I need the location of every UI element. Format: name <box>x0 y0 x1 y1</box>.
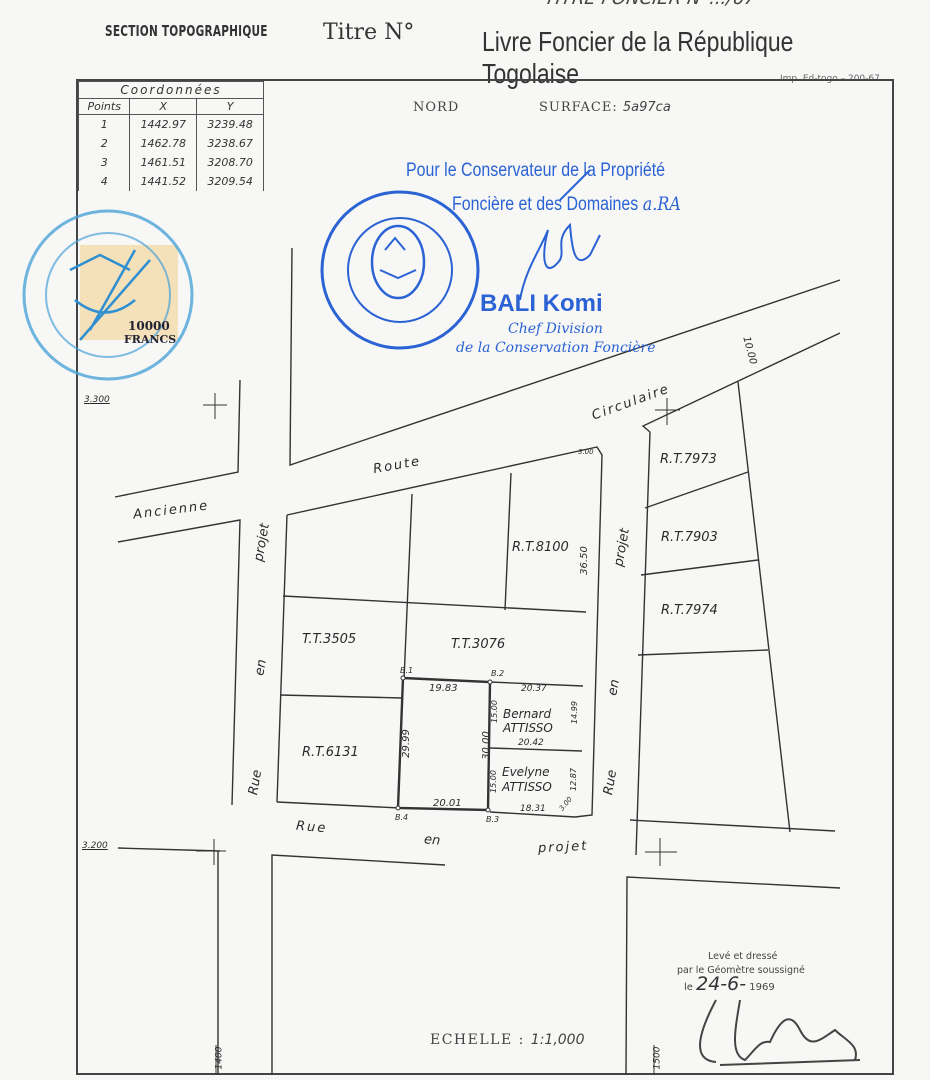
stamp-line-2-text: Foncière et des Domaines <box>452 194 638 215</box>
block-nw-edge <box>115 380 240 497</box>
officer-role-1: Chef Division <box>508 321 603 337</box>
officer-role-2: de la Conservation Foncière <box>456 340 656 356</box>
surface: SURFACE: 5a97ca <box>539 100 671 115</box>
coord-x: 1441.52 <box>130 172 197 191</box>
dim-right: 30.00 <box>481 731 492 760</box>
date-day: 24-6- <box>696 973 746 995</box>
tax-stamp <box>24 211 192 379</box>
leve-label: Levé et dressé <box>708 951 777 962</box>
coord-y: 3238.67 <box>197 134 264 153</box>
grid-x-left: 1400 <box>214 1047 224 1070</box>
point-b1: B.1 <box>400 666 413 675</box>
dim-b-bottom: 20.42 <box>518 738 544 748</box>
dim-b-top: 20.37 <box>521 684 547 694</box>
coord-x: 1461.51 <box>130 153 197 172</box>
north-label: NORD <box>413 100 459 115</box>
date-prefix: le <box>684 982 693 993</box>
dim-b-right: 14.99 <box>570 701 579 724</box>
tax-stamp-amount: 10000 <box>128 319 170 333</box>
parcel-tt3505: T.T.3505 <box>302 632 356 647</box>
table-row: 1 1442.97 3239.48 <box>79 115 264 135</box>
dim-e-bottom: 18.31 <box>520 804 546 814</box>
street-right-en: en <box>605 678 623 697</box>
tax-stamp-currency: FRANCS <box>124 333 176 346</box>
parcel-rt6131: R.T.6131 <box>302 745 359 760</box>
street-left-en: en <box>252 658 270 677</box>
parcel-rt7974: R.T.7974 <box>661 603 718 618</box>
point-id: 1 <box>79 115 130 135</box>
officer-name: BALI Komi <box>480 290 603 318</box>
dim-e-left: 15.00 <box>489 770 498 793</box>
grid-x-right: 1500 <box>652 1047 662 1070</box>
block-w-edge <box>118 520 240 805</box>
point-b4: B.4 <box>395 813 408 822</box>
col-x: X <box>130 99 197 115</box>
parcel-rt8100: R.T.8100 <box>512 540 569 555</box>
stamp-line-2: Foncière et des Domaines a.RA <box>452 193 681 216</box>
parcel-bernard-surname: ATTISSO <box>503 721 553 735</box>
point-id: 2 <box>79 134 130 153</box>
coordinates-table: Coordonnées Points X Y 1 1442.97 3239.48… <box>78 81 264 191</box>
stamp-initials: a.RA <box>643 193 681 215</box>
scale-value: 1:1,000 <box>531 1032 585 1048</box>
street-bottom-en: en <box>423 832 440 848</box>
dim-top: 19.83 <box>429 683 458 694</box>
surface-label: SURFACE: <box>539 100 618 115</box>
coord-x: 1442.97 <box>130 115 197 135</box>
dim-e-right: 12.87 <box>569 768 578 791</box>
parcel-rt8100-corner: 3.00 <box>578 448 594 456</box>
coord-x: 1462.78 <box>130 134 197 153</box>
table-row: 3 1461.51 3208.70 <box>79 153 264 172</box>
parcel-evelyne-name: Evelyne <box>502 765 550 779</box>
point-id: 4 <box>79 172 130 191</box>
coord-y: 3239.48 <box>197 115 264 135</box>
street-bottom-rue: Rue <box>295 819 327 837</box>
coord-y: 3208.70 <box>197 153 264 172</box>
table-row: 2 1462.78 3238.67 <box>79 134 264 153</box>
point-b2: B.2 <box>491 669 504 678</box>
route-north-edge <box>290 248 840 465</box>
col-points: Points <box>79 99 130 115</box>
scale: ECHELLE : 1:1,000 <box>430 1032 585 1048</box>
table-row: 4 1441.52 3209.54 <box>79 172 264 191</box>
scale-label: ECHELLE : <box>430 1032 525 1048</box>
grid-y-bottom: 3.200 <box>82 841 108 851</box>
point-b3: B.3 <box>486 815 499 824</box>
survey-date: le 24-6- 1969 <box>684 973 775 995</box>
street-bottom-projet: projet <box>538 839 589 857</box>
parcel-rt8100-dim: 36.50 <box>579 546 590 575</box>
date-year: 1969 <box>749 982 774 993</box>
parcel-rt7973: R.T.7973 <box>660 452 717 467</box>
col-y: Y <box>197 99 264 115</box>
surface-value: 5a97ca <box>623 100 671 115</box>
parcel-evelyne-surname: ATTISSO <box>502 780 552 794</box>
dim-b-left: 15.00 <box>490 700 499 723</box>
parcel-bernard-name: Bernard <box>503 707 551 721</box>
point-id: 3 <box>79 153 130 172</box>
coord-y: 3209.54 <box>197 172 264 191</box>
parcel-tt3076: T.T.3076 <box>451 637 505 652</box>
dim-bottom: 20.01 <box>433 798 462 809</box>
parcel-rt7903: R.T.7903 <box>661 530 718 545</box>
grid-y-top: 3.300 <box>84 395 110 405</box>
coord-caption: Coordonnées <box>79 82 264 99</box>
stamp-line-1: Pour le Conservateur de la Propriété <box>406 160 665 182</box>
dim-left: 29.99 <box>401 729 412 758</box>
